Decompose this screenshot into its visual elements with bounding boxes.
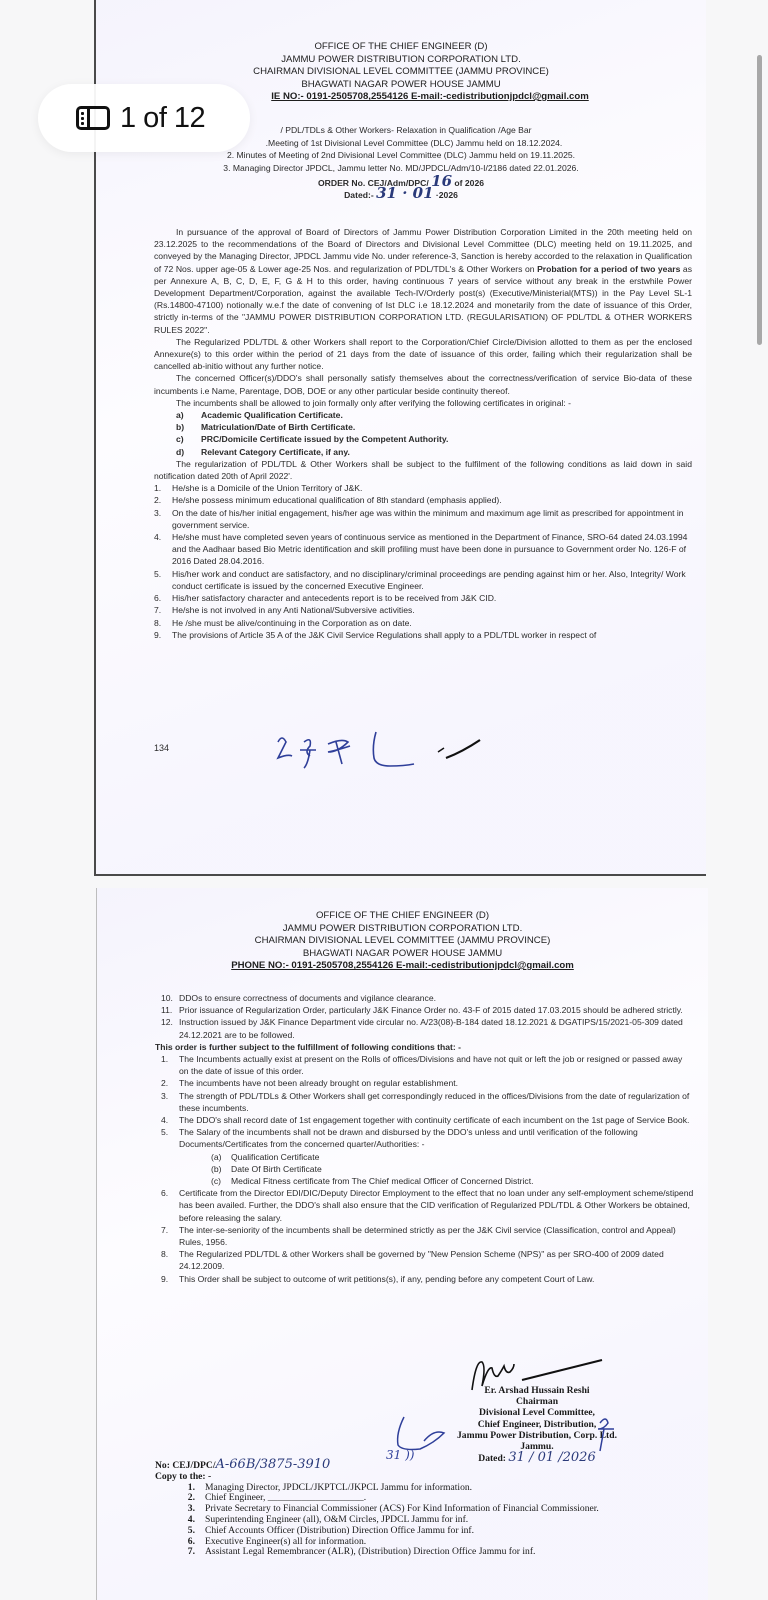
certificate-item-number: b) — [176, 421, 201, 433]
certificate-item: c)PRC/Domicile Certificate issued by the… — [154, 433, 692, 445]
salary-document-item-text: Medical Fitness certificate from The Chi… — [231, 1175, 533, 1187]
letterhead-office: OFFICE OF THE CHIEF ENGINEER (D) — [97, 910, 708, 923]
order-body: In pursuance of the approval of Board of… — [154, 226, 692, 641]
paragraph-verification: The concerned Officer(s)/DDO's shall per… — [154, 372, 692, 396]
condition-item: 6.His/her satisfactory character and ant… — [154, 592, 692, 604]
copy-recipient-text: Assistant Legal Remembrancer (ALR), (Dis… — [205, 1547, 698, 1558]
further-condition-item-text: The incumbents have not been already bro… — [179, 1077, 694, 1089]
condition-item-text: He/she is a Domicile of the Union Territ… — [172, 482, 692, 494]
copy-to-label: Copy to the: - — [155, 1472, 698, 1483]
memo-number-handwritten: A-66B/3875-3910 — [216, 1457, 331, 1472]
initials-signature — [266, 728, 496, 776]
condition-item-number: 3. — [154, 507, 172, 531]
further-condition-item-text: The Incumbents actually exist at present… — [179, 1053, 694, 1077]
further-condition-item: 9.This Order shall be subject to outcome… — [161, 1273, 694, 1285]
further-condition-item-text: The inter-se-seniority of the incumbents… — [179, 1224, 694, 1248]
copy-to-list: 1.Managing Director, JPDCL/JKPTCL/JKPCL … — [155, 1483, 698, 1559]
instruction-item-number: 11. — [161, 1004, 179, 1016]
letterhead-company: JAMMU POWER DISTRIBUTION CORPORATION LTD… — [96, 54, 706, 67]
further-condition-item-text: The Regularized PDL/TDL & other Workers … — [179, 1248, 694, 1272]
letterhead-committee: CHAIRMAN DIVISIONAL LEVEL COMMITTEE (JAM… — [96, 66, 706, 79]
certificate-item-text: Relevant Category Certificate, if any. — [201, 446, 350, 458]
condition-item-text: He/she is not involved in any Anti Natio… — [172, 604, 692, 616]
salary-documents-list: (a)Qualification Certificate(b)Date Of B… — [161, 1151, 694, 1188]
certificate-item-number: d) — [176, 446, 201, 458]
page-indicator[interactable]: 1 of 12 — [38, 84, 250, 152]
condition-item-number: 6. — [154, 592, 172, 604]
instruction-item-text: DDOs to ensure correctness of documents … — [179, 992, 694, 1004]
condition-item: 1.He/she is a Domicile of the Union Terr… — [154, 482, 692, 494]
condition-item: 4.He/she must have completed seven years… — [154, 531, 692, 568]
further-conditions-list-2: 6.Certificate from the Director EDI/DIC/… — [161, 1187, 694, 1285]
further-condition-item: 7.The inter-se-seniority of the incumben… — [161, 1224, 694, 1248]
order-date-handwritten: 31 · 01 — [376, 184, 433, 202]
copy-recipient-text: Chief Accounts Officer (Distribution) Di… — [205, 1526, 698, 1537]
sidebar-thumbnails-icon[interactable] — [76, 106, 110, 130]
condition-item-text: His/her work and conduct are satisfactor… — [172, 568, 692, 592]
conditions-list: 1.He/she is a Domicile of the Union Terr… — [154, 482, 692, 641]
copy-to-section: No: CEJ/DPC/A-66B/3875-3910 Copy to the:… — [155, 1460, 698, 1558]
salary-document-item: (b)Date Of Birth Certificate — [161, 1163, 694, 1175]
condition-item-number: 8. — [154, 617, 172, 629]
copy-recipient-number: 7. — [175, 1547, 205, 1558]
salary-document-item: (a)Qualification Certificate — [161, 1151, 694, 1163]
letterhead-office: OFFICE OF THE CHIEF ENGINEER (D) — [96, 41, 706, 54]
condition-item-text: He/she possess minimum educational quali… — [172, 494, 692, 506]
further-condition-item: 1.The Incumbents actually exist at prese… — [161, 1053, 694, 1077]
certificate-list: a)Academic Qualification Certificate.b)M… — [154, 409, 692, 458]
condition-item-text: On the date of his/her initial engagemen… — [172, 507, 692, 531]
instruction-item-number: 10. — [161, 992, 179, 1004]
further-condition-item-number: 1. — [161, 1053, 179, 1077]
letterhead-address: BHAGWATI NAGAR POWER HOUSE JAMMU — [97, 948, 708, 961]
instruction-item: 10.DDOs to ensure correctness of documen… — [161, 992, 694, 1004]
condition-item-number: 5. — [154, 568, 172, 592]
certificate-item: b)Matriculation/Date of Birth Certificat… — [154, 421, 692, 433]
salary-document-item-number: (c) — [211, 1175, 231, 1187]
further-condition-item-number: 7. — [161, 1224, 179, 1248]
further-condition-item-text: The DDO's shall record date of 1st engag… — [179, 1114, 694, 1126]
copy-recipient-number: 5. — [175, 1526, 205, 1537]
condition-item: 9.The provisions of Article 35 A of the … — [154, 629, 692, 641]
further-condition-item-number: 5. — [161, 1126, 179, 1150]
memo-number: No: CEJ/DPC/A-66B/3875-3910 — [155, 1460, 698, 1472]
salary-document-item-text: Date Of Birth Certificate — [231, 1163, 322, 1175]
order-date: Dated:- 31 · 01 ·2026 — [96, 187, 706, 202]
certificate-item-text: PRC/Domicile Certificate issued by the C… — [201, 433, 448, 445]
condition-item-number: 2. — [154, 494, 172, 506]
instruction-item-text: Prior issuance of Regularization Order, … — [179, 1004, 694, 1016]
further-condition-item: 4.The DDO's shall record date of 1st eng… — [161, 1114, 694, 1126]
order-body-continued: 10.DDOs to ensure correctness of documen… — [161, 992, 694, 1285]
letterhead-committee: CHAIRMAN DIVISIONAL LEVEL COMMITTEE (JAM… — [97, 935, 708, 948]
certificate-item-text: Academic Qualification Certificate. — [201, 409, 343, 421]
instruction-item: 12.Instruction issued by J&K Finance Dep… — [161, 1016, 694, 1040]
paragraph-reporting: The Regularized PDL/TDL & other Workers … — [154, 336, 692, 373]
items-continued-list: 10.DDOs to ensure correctness of documen… — [161, 992, 694, 1041]
condition-item-number: 1. — [154, 482, 172, 494]
condition-item: 3.On the date of his/her initial engagem… — [154, 507, 692, 531]
further-condition-item: 8.The Regularized PDL/TDL & other Worker… — [161, 1248, 694, 1272]
further-condition-item-text: Certificate from the Director EDI/DIC/De… — [179, 1187, 694, 1224]
further-condition-item: 2.The incumbents have not been already b… — [161, 1077, 694, 1089]
further-condition-item: 3.The strength of PDL/TDLs & Other Worke… — [161, 1090, 694, 1114]
paragraph-sanction: In pursuance of the approval of Board of… — [154, 226, 692, 336]
condition-item-text: The provisions of Article 35 A of the J&… — [172, 629, 692, 641]
salary-document-item: (c)Medical Fitness certificate from The … — [161, 1175, 694, 1187]
further-condition-item: 5.The Salary of the incumbents shall not… — [161, 1126, 694, 1150]
further-condition-item-number: 2. — [161, 1077, 179, 1089]
further-condition-item-number: 9. — [161, 1273, 179, 1285]
reference-3: 3. Managing Director JPDCL, Jammu letter… — [96, 162, 706, 175]
instruction-item: 11.Prior issuance of Regularization Orde… — [161, 1004, 694, 1016]
further-condition-item-text: The Salary of the incumbents shall not b… — [179, 1126, 694, 1150]
condition-item: 5.His/her work and conduct are satisfact… — [154, 568, 692, 592]
letterhead-page-2: OFFICE OF THE CHIEF ENGINEER (D) JAMMU P… — [97, 910, 708, 973]
condition-item-text: His/her satisfactory character and antec… — [172, 592, 692, 604]
further-condition-item-number: 8. — [161, 1248, 179, 1272]
further-condition-item-number: 4. — [161, 1114, 179, 1126]
document-page-2: OFFICE OF THE CHIEF ENGINEER (D) JAMMU P… — [96, 888, 708, 1600]
paragraph-joining: The incumbents shall be allowed to join … — [154, 397, 692, 409]
condition-item-number: 4. — [154, 531, 172, 568]
condition-item: 8.He /she must be alive/continuing in th… — [154, 617, 692, 629]
vertical-scrollbar[interactable] — [757, 55, 762, 345]
further-condition-item: 6.Certificate from the Director EDI/DIC/… — [161, 1187, 694, 1224]
certificate-item-number: a) — [176, 409, 201, 421]
condition-item: 2.He/she possess minimum educational qua… — [154, 494, 692, 506]
salary-document-item-text: Qualification Certificate — [231, 1151, 319, 1163]
initials-annotation: 31 )) — [382, 1413, 622, 1463]
further-condition-item-text: This Order shall be subject to outcome o… — [179, 1273, 694, 1285]
page-indicator-text: 1 of 12 — [120, 102, 205, 135]
further-condition-item-text: The strength of PDL/TDLs & Other Workers… — [179, 1090, 694, 1114]
further-conditions-heading: This order is further subject to the ful… — [155, 1041, 694, 1053]
further-condition-item-number: 3. — [161, 1090, 179, 1114]
condition-item-text: He /she must be alive/continuing in the … — [172, 617, 692, 629]
letterhead-company: JAMMU POWER DISTRIBUTION CORPORATION LTD… — [97, 923, 708, 936]
condition-item-number: 9. — [154, 629, 172, 641]
salary-document-item-number: (a) — [211, 1151, 231, 1163]
further-conditions-list: 1.The Incumbents actually exist at prese… — [161, 1053, 694, 1151]
further-condition-item-number: 6. — [161, 1187, 179, 1224]
condition-item-text: He/she must have completed seven years o… — [172, 531, 692, 568]
signatory-name: Er. Arshad Hussain Reshi — [437, 1385, 637, 1396]
certificate-item-text: Matriculation/Date of Birth Certificate. — [201, 421, 355, 433]
salary-document-item-number: (b) — [211, 1163, 231, 1175]
signatory-title: Chairman — [437, 1396, 637, 1407]
instruction-item-number: 12. — [161, 1016, 179, 1040]
certificate-item-number: c) — [176, 433, 201, 445]
condition-item: 7.He/she is not involved in any Anti Nat… — [154, 604, 692, 616]
certificate-item: a)Academic Qualification Certificate. — [154, 409, 692, 421]
instruction-item-text: Instruction issued by J&K Finance Depart… — [179, 1016, 694, 1040]
condition-item-number: 7. — [154, 604, 172, 616]
letterhead-contact: PHONE NO:- 0191-2505708,2554126 E-mail:-… — [97, 960, 708, 973]
copy-recipient: 7.Assistant Legal Remembrancer (ALR), (D… — [175, 1547, 698, 1558]
certificate-item: d)Relevant Category Certificate, if any. — [154, 446, 692, 458]
copy-recipient: 5.Chief Accounts Officer (Distribution) … — [175, 1526, 698, 1537]
page-number: 134 — [154, 742, 169, 754]
paragraph-conditions: The regularization of PDL/TDL & Other Wo… — [154, 458, 692, 482]
